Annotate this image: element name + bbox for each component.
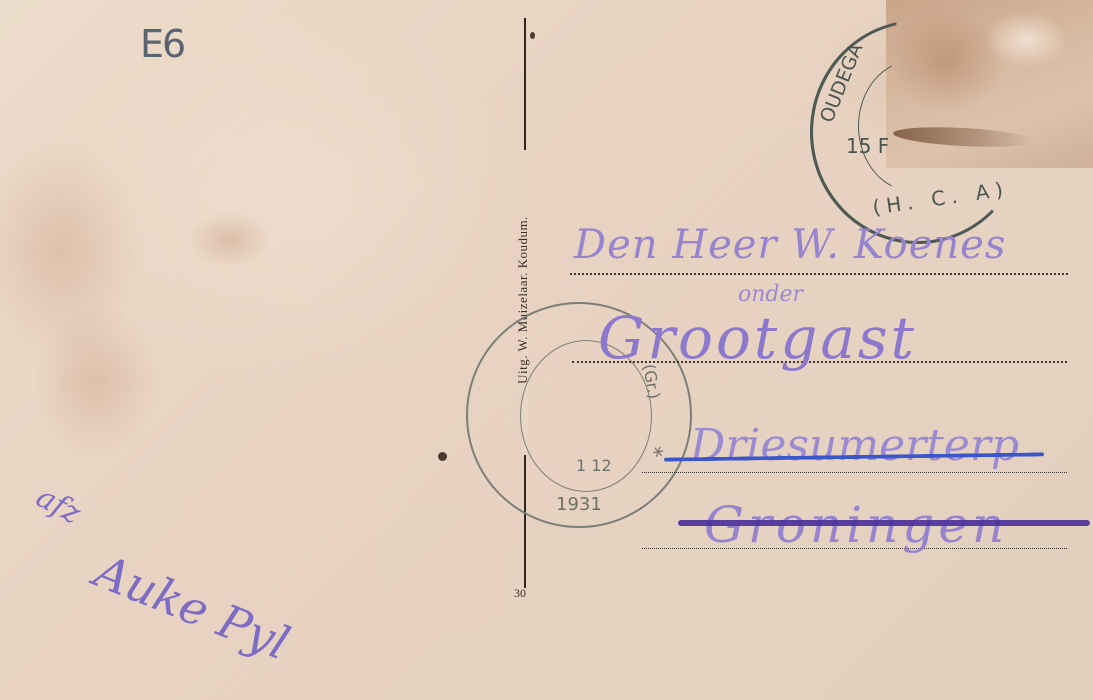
address-line-3 (642, 472, 1067, 473)
strikethrough-purple (678, 520, 1090, 526)
postcard-back: E6 Uitg. W. Muizelaar. Koudum. 30 OUDEGA… (0, 0, 1093, 700)
pencil-note: E6 (140, 22, 184, 66)
postmark-year: 1931 (556, 494, 602, 515)
postmark-date: 15 F (846, 134, 889, 158)
postmark-date: 1 12 (576, 456, 612, 475)
card-number: 30 (514, 586, 526, 601)
address-recipient: Den Heer W. Koenes (574, 222, 1006, 268)
sender-name: Auke Pyl (87, 544, 297, 671)
address-struck-town: Driesumerterp (690, 420, 1019, 471)
address-town: Grootgast (598, 304, 917, 372)
sender-label: afz (30, 480, 86, 532)
address-line-1 (570, 273, 1068, 275)
ink-dot (530, 32, 535, 39)
paper-spot (438, 452, 447, 461)
